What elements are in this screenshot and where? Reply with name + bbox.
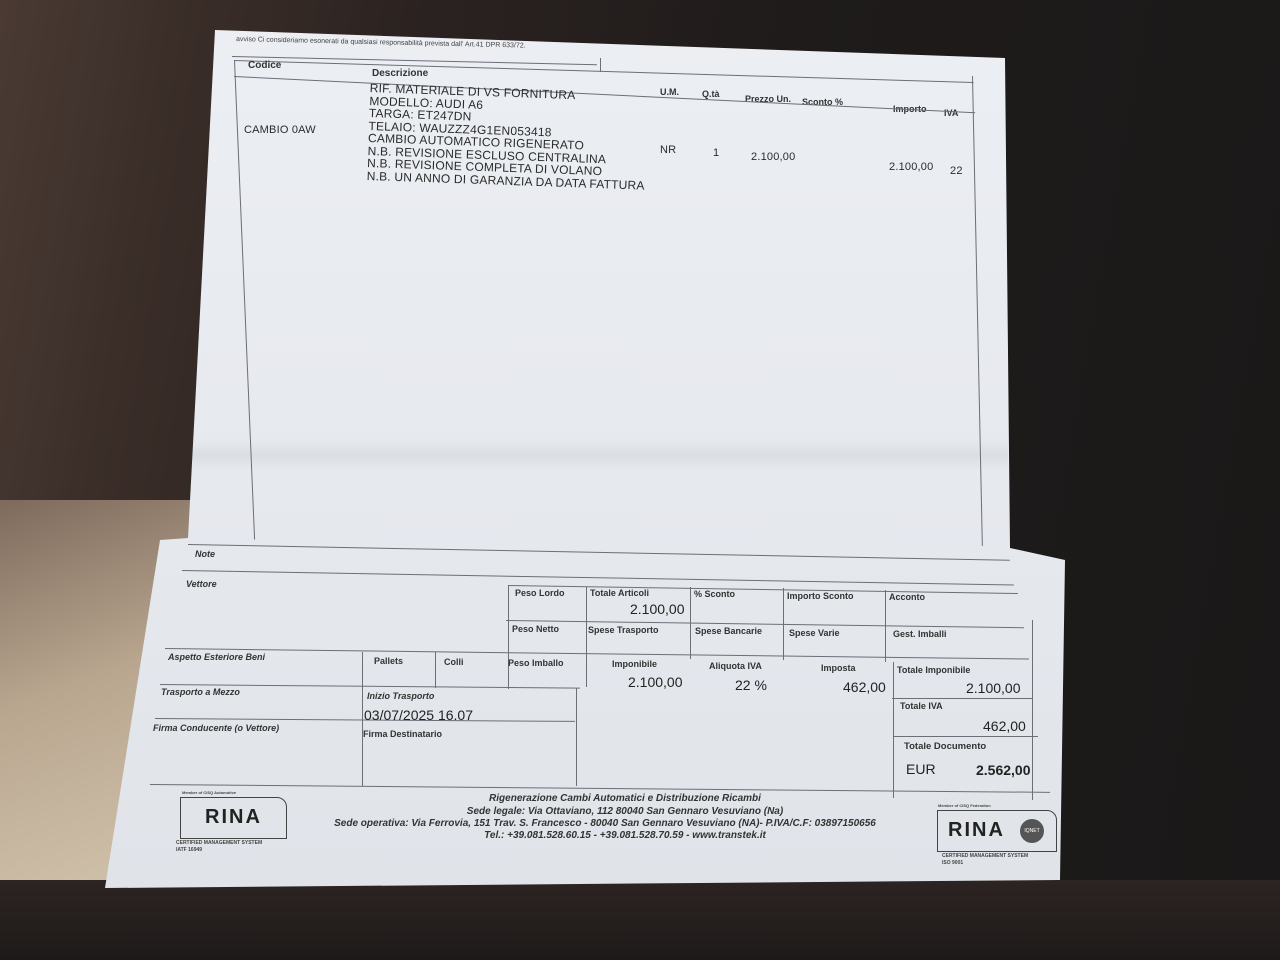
- paper-fold: [188, 440, 1008, 470]
- grid-line: [435, 652, 436, 688]
- seat-edge: [0, 880, 1280, 960]
- col-um: U.M.: [660, 87, 679, 97]
- logo-right-cert: ISO 9001: [942, 860, 963, 866]
- item-importo: 2.100,00: [889, 161, 933, 173]
- rina-logo-right: RINA IQNET: [937, 810, 1057, 852]
- rina-logo-text: RINA: [205, 806, 262, 829]
- invoice-paper: avviso Ci consideriamo esonerati da qual…: [0, 0, 1280, 960]
- company-line-3: Sede operativa: Via Ferrovia, 151 Trav. …: [320, 818, 890, 829]
- label-gest-imballi: Gest. Imballi: [893, 629, 947, 639]
- grid-line: [885, 590, 886, 662]
- item-um: NR: [660, 144, 676, 156]
- imponibile-value: 2.100,00: [628, 674, 683, 690]
- label-colli: Colli: [444, 657, 464, 667]
- label-firma-destinatario: Firma Destinatario: [363, 729, 442, 739]
- totale-documento-value: 2.562,00: [976, 762, 1031, 778]
- label-trasporto-mezzo: Trasporto a Mezzo: [161, 687, 240, 697]
- currency: EUR: [906, 761, 936, 777]
- grid-line: [150, 784, 1050, 793]
- label-peso-imballo: Peso Imballo: [508, 658, 564, 668]
- label-sconto-pct: % Sconto: [694, 589, 735, 599]
- label-acconto: Acconto: [889, 592, 925, 602]
- label-note: Note: [195, 549, 215, 559]
- iqnet-badge-icon: IQNET: [1020, 819, 1044, 843]
- company-line-1: Rigenerazione Cambi Automatici e Distrib…: [320, 793, 930, 804]
- grid-line: [165, 648, 1029, 660]
- grid-line: [182, 570, 1014, 586]
- logo-right-top: Member of CISQ Federation: [938, 803, 991, 808]
- grid-line: [508, 585, 1018, 594]
- rina-logo-text: RINA: [948, 819, 1005, 842]
- totale-articoli-value: 2.100,00: [630, 601, 685, 617]
- col-codice: Codice: [248, 60, 281, 71]
- label-spese-trasporto: Spese Trasporto: [588, 625, 659, 635]
- grid-line: [892, 698, 1032, 699]
- logo-left-caption: CERTIFIED MANAGEMENT SYSTEM: [176, 840, 262, 846]
- aliquota-value: 22 %: [735, 677, 767, 693]
- label-importo-sconto: Importo Sconto: [787, 591, 854, 601]
- label-totale-articoli: Totale Articoli: [590, 588, 649, 598]
- label-vettore: Vettore: [186, 579, 217, 589]
- item-prezzo: 2.100,00: [751, 151, 795, 163]
- disclaimer-text: avviso Ci consideriamo esonerati da qual…: [236, 36, 526, 50]
- logo-left-top: Member of CISQ Automotive: [182, 790, 236, 795]
- label-imponibile: Imponibile: [612, 659, 657, 669]
- col-descrizione: Descrizione: [372, 68, 428, 79]
- table-border-right: [972, 76, 983, 546]
- label-pallets: Pallets: [374, 656, 403, 666]
- company-line-4: Tel.: +39.081.528.60.15 - +39.081.528.70…: [320, 830, 930, 841]
- label-totale-documento: Totale Documento: [904, 741, 986, 752]
- company-line-2: Sede legale: Via Ottaviano, 112 80040 Sa…: [320, 806, 930, 817]
- inizio-trasporto-value: 03/07/2025 16.07: [364, 707, 473, 723]
- totale-iva-value: 462,00: [983, 718, 1026, 734]
- grid-line: [690, 587, 691, 659]
- item-codice: CAMBIO 0AW: [244, 124, 316, 136]
- label-peso-netto: Peso Netto: [512, 624, 559, 634]
- imposta-value: 462,00: [843, 679, 886, 695]
- grid-line: [506, 620, 1024, 628]
- label-aliquota: Aliquota IVA: [709, 661, 762, 671]
- label-totale-imponibile: Totale Imponibile: [897, 665, 970, 675]
- grid-line: [1032, 620, 1033, 800]
- label-inizio-trasporto: Inizio Trasporto: [367, 691, 434, 701]
- label-imposta: Imposta: [821, 663, 856, 673]
- label-firma-conducente: Firma Conducente (o Vettore): [153, 723, 279, 733]
- logo-left-cert: IATF 16949: [176, 847, 202, 853]
- item-description: RIF. MATERIALE DI VS FORNITURAMODELLO: A…: [367, 82, 648, 192]
- logo-right-caption: CERTIFIED MANAGEMENT SYSTEM: [942, 853, 1028, 859]
- label-spese-varie: Spese Varie: [789, 628, 840, 638]
- grid-line: [576, 688, 577, 786]
- label-spese-bancarie: Spese Bancarie: [695, 626, 762, 636]
- totale-imponibile-value: 2.100,00: [966, 680, 1021, 696]
- grid-line: [586, 587, 587, 687]
- grid-line: [894, 736, 1038, 737]
- grid-line: [508, 585, 509, 689]
- grid-line: [362, 652, 363, 786]
- grid-line: [783, 588, 784, 660]
- table-border-top: [234, 60, 974, 83]
- item-iva: 22: [950, 165, 963, 177]
- grid-line: [893, 662, 894, 798]
- label-totale-iva: Totale IVA: [900, 701, 943, 711]
- item-qta: 1: [713, 147, 719, 159]
- col-iva: IVA: [944, 108, 958, 118]
- rina-logo-left: RINA: [180, 797, 287, 839]
- grid-line: [188, 544, 1010, 561]
- label-aspetto: Aspetto Esteriore Beni: [168, 652, 265, 662]
- col-qta: Q.tà: [702, 89, 720, 99]
- label-peso-lordo: Peso Lordo: [515, 588, 565, 598]
